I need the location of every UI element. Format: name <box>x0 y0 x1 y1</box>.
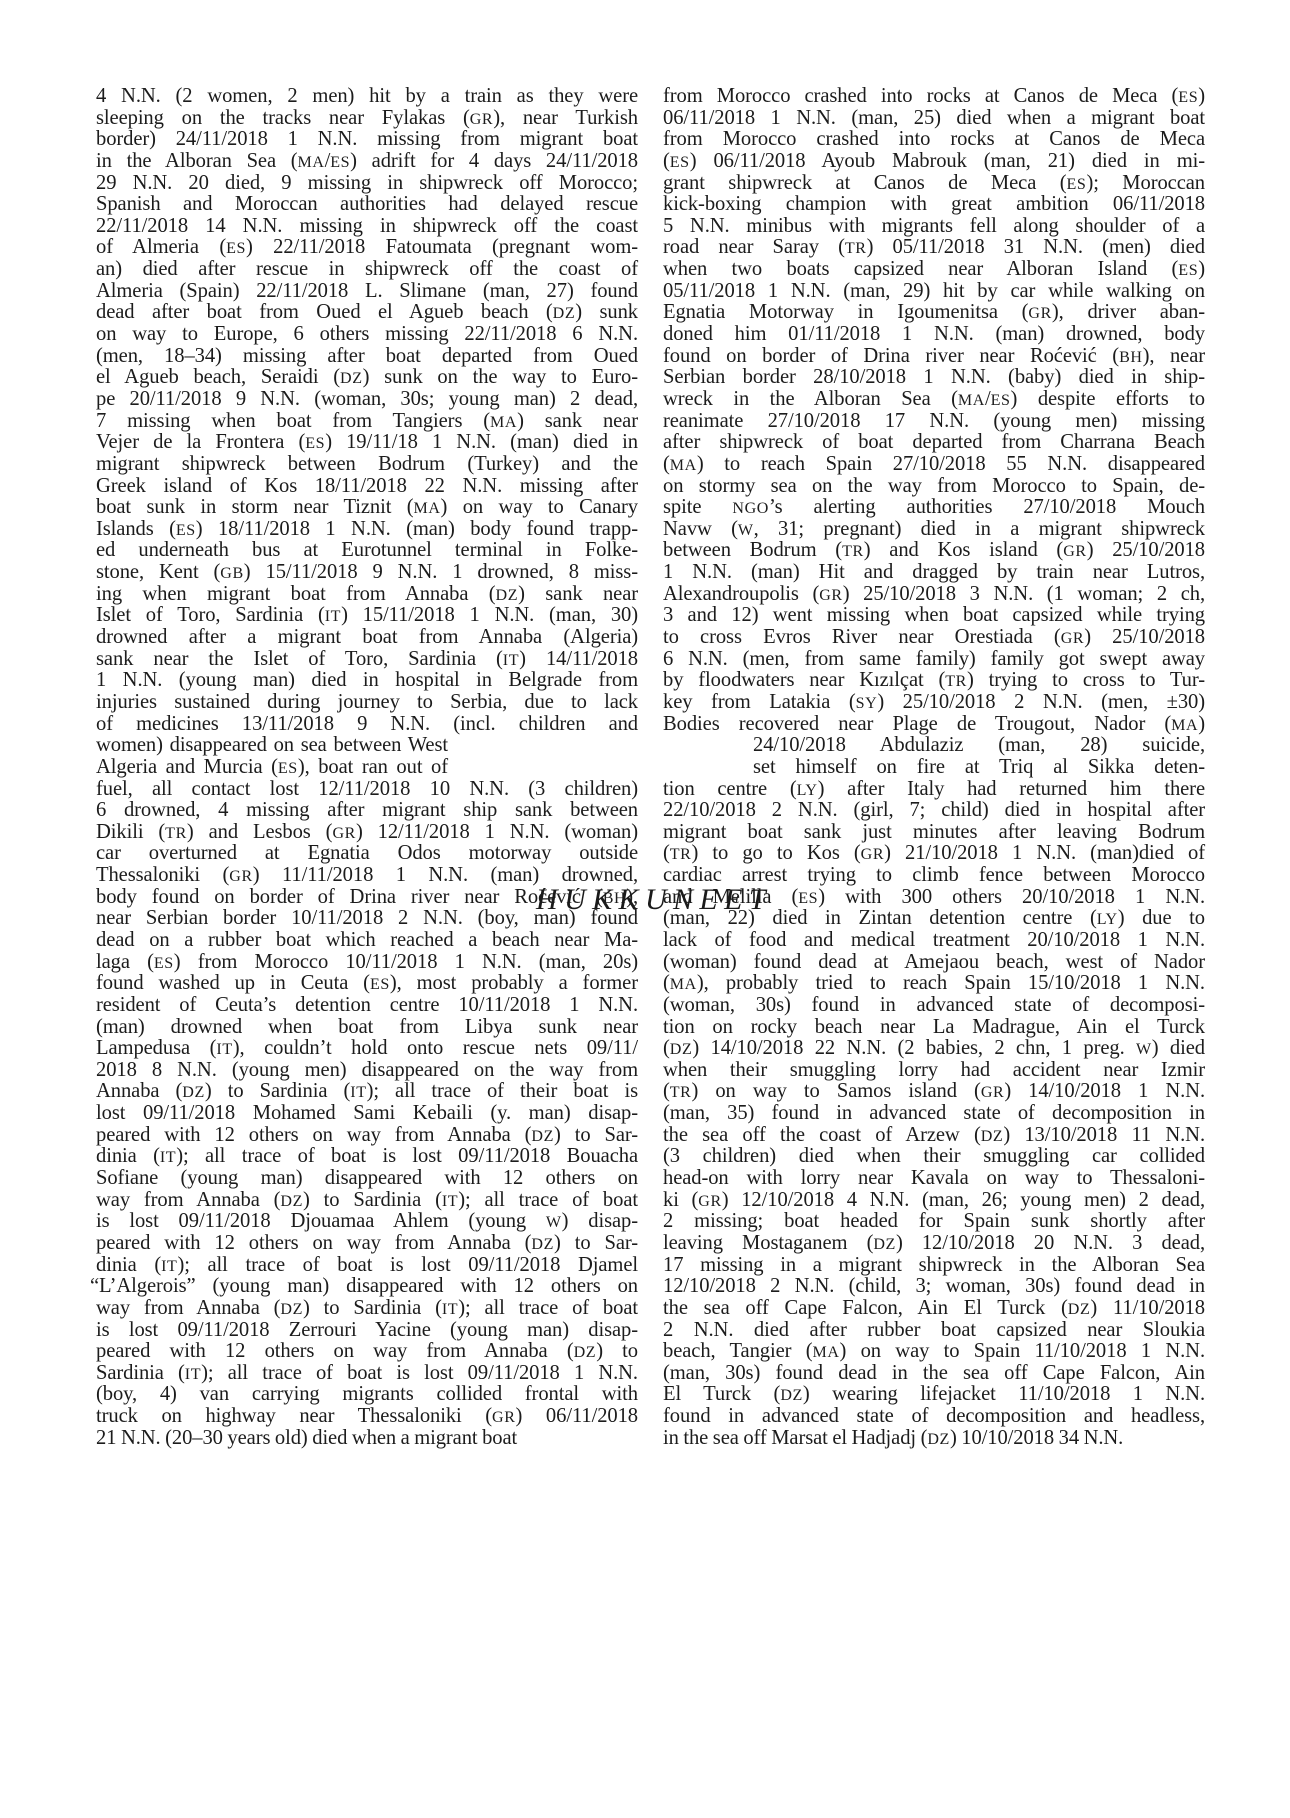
text-line: peared with 12 others on way from Annaba… <box>96 1125 638 1147</box>
text-line: ed underneath bus at Eurotunnel terminal… <box>96 540 638 562</box>
text-line: car overturned at Egnatia Odos motorway … <box>96 843 638 865</box>
text-line: is lost 09/11/2018 Djouamaa Ahlem (young… <box>96 1211 638 1233</box>
text-line: found in advanced state of decomposition… <box>663 1406 1205 1428</box>
text-line: on stormy sea on the way from Morocco to… <box>663 476 1205 498</box>
text-line: is lost 09/11/2018 Zerrouri Yacine (youn… <box>96 1320 638 1342</box>
text-line: 12/10/2018 2 N.N. (child, 3; woman, 30s)… <box>663 1276 1205 1298</box>
text-line: (men, 18–34) missing after boat departed… <box>96 346 638 368</box>
text-line: dead on a rubber boat which reached a be… <box>96 930 638 952</box>
text-line: found washed up in Ceuta (ES), most prob… <box>96 973 638 995</box>
text-line: women) disappeared on sea between West <box>96 735 448 757</box>
text-line: drowned after a migrant boat from Annaba… <box>96 627 638 649</box>
text-line: 17 missing in a migrant shipwreck in the… <box>663 1255 1205 1277</box>
text-line: an) died after rescue in shipwreck off t… <box>96 259 638 281</box>
text-line: el Agueb beach, Seraidi (DZ) sunk on the… <box>96 367 638 389</box>
text-line: peared with 12 others on way from Annaba… <box>96 1341 638 1363</box>
text-line: Almeria (Spain) 22/11/2018 L. Slimane (m… <box>96 281 638 303</box>
text-line: Egnatia Motorway in Igoumenitsa (GR), dr… <box>663 302 1205 324</box>
text-line: resident of Ceuta’s detention centre 10/… <box>96 995 638 1017</box>
text-line: Navw (W, 31; pregnant) died in a migrant… <box>663 519 1205 541</box>
text-line: tion centre (LY) after Italy had returne… <box>663 779 1205 801</box>
text-line: Sofiane (young man) disappeared with 12 … <box>96 1168 638 1190</box>
text-line: truck on highway near Thessaloniki (GR) … <box>96 1406 638 1428</box>
text-line: migrant shipwreck between Bodrum (Turkey… <box>96 454 638 476</box>
right-text-column: from Morocco crashed into rocks at Canos… <box>663 86 1205 1449</box>
text-line: Algeria and Murcia (ES), boat ran out of <box>96 757 448 779</box>
text-line: on way to Europe, 6 others missing 22/11… <box>96 324 638 346</box>
text-line: tion on rocky beach near La Madrague, Ai… <box>663 1017 1205 1039</box>
text-line: 24/10/2018 Abdulaziz (man, 28) suicide, <box>753 735 1205 757</box>
text-line: (DZ) 14/10/2018 22 N.N. (2 babies, 2 chn… <box>663 1038 1205 1060</box>
text-line: (TR) to go to Kos (GR) 21/10/2018 1 N.N.… <box>663 843 1205 865</box>
text-line: way from Annaba (DZ) to Sardinia (IT); a… <box>96 1190 638 1212</box>
text-line: sleeping on the tracks near Fylakas (GR)… <box>96 108 638 130</box>
text-line: (man) drowned when boat from Libya sunk … <box>96 1017 638 1039</box>
text-line: border) 24/11/2018 1 N.N. missing from m… <box>96 129 638 151</box>
text-line: the sea off the coast of Arzew (DZ) 13/1… <box>663 1125 1205 1147</box>
text-line: (ES) 06/11/2018 Ayoub Mabrouk (man, 21) … <box>663 151 1205 173</box>
text-line: lost 09/11/2018 Mohamed Sami Kebaili (y.… <box>96 1103 638 1125</box>
text-line: from Morocco crashed into rocks at Canos… <box>663 129 1205 151</box>
text-line: wreck in the Alboran Sea (MA/ES) despite… <box>663 389 1205 411</box>
text-line: Islet of Toro, Sardinia (IT) 15/11/2018 … <box>96 605 638 627</box>
text-line: “L’Algerois” (young man) disappeared wit… <box>90 1276 638 1298</box>
text-line: lack of food and medical treatment 20/10… <box>663 930 1205 952</box>
text-line: Annaba (DZ) to Sardinia (IT); all trace … <box>96 1081 638 1103</box>
left-text-column: 4 N.N. (2 women, 2 men) hit by a train a… <box>96 86 638 1449</box>
text-line: cardiac arrest trying to climb fence bet… <box>663 865 1205 887</box>
text-line: 06/11/2018 1 N.N. (man, 25) died when a … <box>663 108 1205 130</box>
text-line: 3 and 12) went missing when boat capsize… <box>663 605 1205 627</box>
text-line: (woman, 30s) found in advanced state of … <box>663 995 1205 1017</box>
text-line: of medicines 13/11/2018 9 N.N. (incl. ch… <box>96 714 638 736</box>
text-line: injuries sustained during journey to Ser… <box>96 692 638 714</box>
text-line: when their smuggling lorry had accident … <box>663 1060 1205 1082</box>
text-line: ki (GR) 12/10/2018 4 N.N. (man, 26; youn… <box>663 1190 1205 1212</box>
text-line: stone, Kent (GB) 15/11/2018 9 N.N. 1 dro… <box>96 562 638 584</box>
text-line: Islands (ES) 18/11/2018 1 N.N. (man) bod… <box>96 519 638 541</box>
text-line: road near Saray (TR) 05/11/2018 31 N.N. … <box>663 237 1205 259</box>
text-line: dinia (IT); all trace of boat is lost 09… <box>96 1146 638 1168</box>
text-line: in the Alboran Sea (MA/ES) adrift for 4 … <box>96 151 638 173</box>
text-line: laga (ES) from Morocco 10/11/2018 1 N.N.… <box>96 952 638 974</box>
text-line: to cross Evros River near Orestiada (GR)… <box>663 627 1205 649</box>
text-line: when two boats capsized near Alboran Isl… <box>663 259 1205 281</box>
text-line: (3 children) died when their smuggling c… <box>663 1146 1205 1168</box>
text-line: head-on with lorry near Kavala on way to… <box>663 1168 1205 1190</box>
text-line: key from Latakia (SY) 25/10/2018 2 N.N. … <box>663 692 1205 714</box>
text-line: 1 N.N. (man) Hit and dragged by train ne… <box>663 562 1205 584</box>
text-line: dead after boat from Oued el Agueb beach… <box>96 302 638 324</box>
text-line: (MA) to reach Spain 27/10/2018 55 N.N. d… <box>663 454 1205 476</box>
text-line: fuel, all contact lost 12/11/2018 10 N.N… <box>96 779 638 801</box>
text-line: ing when migrant boat from Annaba (DZ) s… <box>96 584 638 606</box>
text-line: 5 N.N. minibus with migrants fell along … <box>663 216 1205 238</box>
text-line: Alexandroupolis (GR) 25/10/2018 3 N.N. (… <box>663 584 1205 606</box>
text-line: 29 N.N. 20 died, 9 missing in shipwreck … <box>96 173 638 195</box>
text-line: and Melilla (ES) with 300 others 20/10/2… <box>663 887 1205 909</box>
text-line: of Almeria (ES) 22/11/2018 Fatoumata (pr… <box>96 237 638 259</box>
text-line: 6 N.N. (men, from same family) family go… <box>663 649 1205 671</box>
text-line: found on border of Drina river near Roće… <box>663 346 1205 368</box>
text-line: way from Annaba (DZ) to Sardinia (IT); a… <box>96 1298 638 1320</box>
text-line: Serbian border 28/10/2018 1 N.N. (baby) … <box>663 367 1205 389</box>
text-line: migrant boat sank just minutes after lea… <box>663 822 1205 844</box>
text-line: pe 20/11/2018 9 N.N. (woman, 30s; young … <box>96 389 638 411</box>
text-line: from Morocco crashed into rocks at Canos… <box>663 86 1205 108</box>
text-line: by floodwaters near Kızılçat (TR) trying… <box>663 670 1205 692</box>
document-page: 4 N.N. (2 women, 2 men) hit by a train a… <box>0 0 1290 1818</box>
text-line: 05/11/2018 1 N.N. (man, 29) hit by car w… <box>663 281 1205 303</box>
text-line: reanimate 27/10/2018 17 N.N. (young men)… <box>663 411 1205 433</box>
text-line: doned him 01/11/2018 1 N.N. (man) drowne… <box>663 324 1205 346</box>
text-line: the sea off Cape Falcon, Ain El Turck (D… <box>663 1298 1205 1320</box>
text-line: Greek island of Kos 18/11/2018 22 N.N. m… <box>96 476 638 498</box>
text-line: 7 missing when boat from Tangiers (MA) s… <box>96 411 638 433</box>
text-line: after shipwreck of boat departed from Ch… <box>663 432 1205 454</box>
text-line: grant shipwreck at Canos de Meca (ES); M… <box>663 173 1205 195</box>
text-line: leaving Mostaganem (DZ) 12/10/2018 20 N.… <box>663 1233 1205 1255</box>
text-line: Lampedusa (IT), couldn’t hold onto rescu… <box>96 1038 638 1060</box>
text-line: set himself on fire at Triq al Sikka det… <box>753 757 1205 779</box>
text-line: El Turck (DZ) wearing lifejacket 11/10/2… <box>663 1384 1205 1406</box>
text-line: Vejer de la Frontera (ES) 19/11/18 1 N.N… <box>96 432 638 454</box>
text-line: 21 N.N. (20–30 years old) died when a mi… <box>96 1428 638 1450</box>
text-line: Spanish and Moroccan authorities had del… <box>96 194 638 216</box>
text-line: 2 missing; boat headed for Spain sunk sh… <box>663 1211 1205 1233</box>
text-line: (boy, 4) van carrying migrants collided … <box>96 1384 638 1406</box>
text-line: (TR) on way to Samos island (GR) 14/10/2… <box>663 1081 1205 1103</box>
text-line: kick-boxing champion with great ambition… <box>663 194 1205 216</box>
text-line: (woman) found dead at Amejaou beach, wes… <box>663 952 1205 974</box>
text-line: beach, Tangier (MA) on way to Spain 11/1… <box>663 1341 1205 1363</box>
text-line: (man, 22) died in Zintan detention centr… <box>663 908 1205 930</box>
text-line: Dikili (TR) and Lesbos (GR) 12/11/2018 1… <box>96 822 638 844</box>
text-line: 6 drowned, 4 missing after migrant ship … <box>96 800 638 822</box>
text-line: (man, 30s) found dead in the sea off Cap… <box>663 1363 1205 1385</box>
text-line: (MA), probably tried to reach Spain 15/1… <box>663 973 1205 995</box>
text-line: Bodies recovered near Plage de Trougout,… <box>663 714 1205 736</box>
text-line: 4 N.N. (2 women, 2 men) hit by a train a… <box>96 86 638 108</box>
text-line: peared with 12 others on way from Annaba… <box>96 1233 638 1255</box>
text-line: 22/11/2018 14 N.N. missing in shipwreck … <box>96 216 638 238</box>
text-line: 22/10/2018 2 N.N. (girl, 7; child) died … <box>663 800 1205 822</box>
text-line: between Bodrum (TR) and Kos island (GR) … <box>663 540 1205 562</box>
text-line: 2 N.N. died after rubber boat capsized n… <box>663 1320 1205 1342</box>
text-line: 1 N.N. (young man) died in hospital in B… <box>96 670 638 692</box>
text-line: sank near the Islet of Toro, Sardinia (I… <box>96 649 638 671</box>
text-line: (man, 35) found in advanced state of dec… <box>663 1103 1205 1125</box>
text-line: dinia (IT); all trace of boat is lost 09… <box>96 1255 638 1277</box>
text-line: spite NGO’s alerting authorities 27/10/2… <box>663 497 1205 519</box>
text-line: in the sea off Marsat el Hadjadj (DZ) 10… <box>663 1428 1205 1450</box>
text-line: Sardinia (IT); all trace of boat is lost… <box>96 1363 638 1385</box>
text-line: boat sunk in storm near Tiznit (MA) on w… <box>96 497 638 519</box>
text-line: 2018 8 N.N. (young men) disappeared on t… <box>96 1060 638 1082</box>
